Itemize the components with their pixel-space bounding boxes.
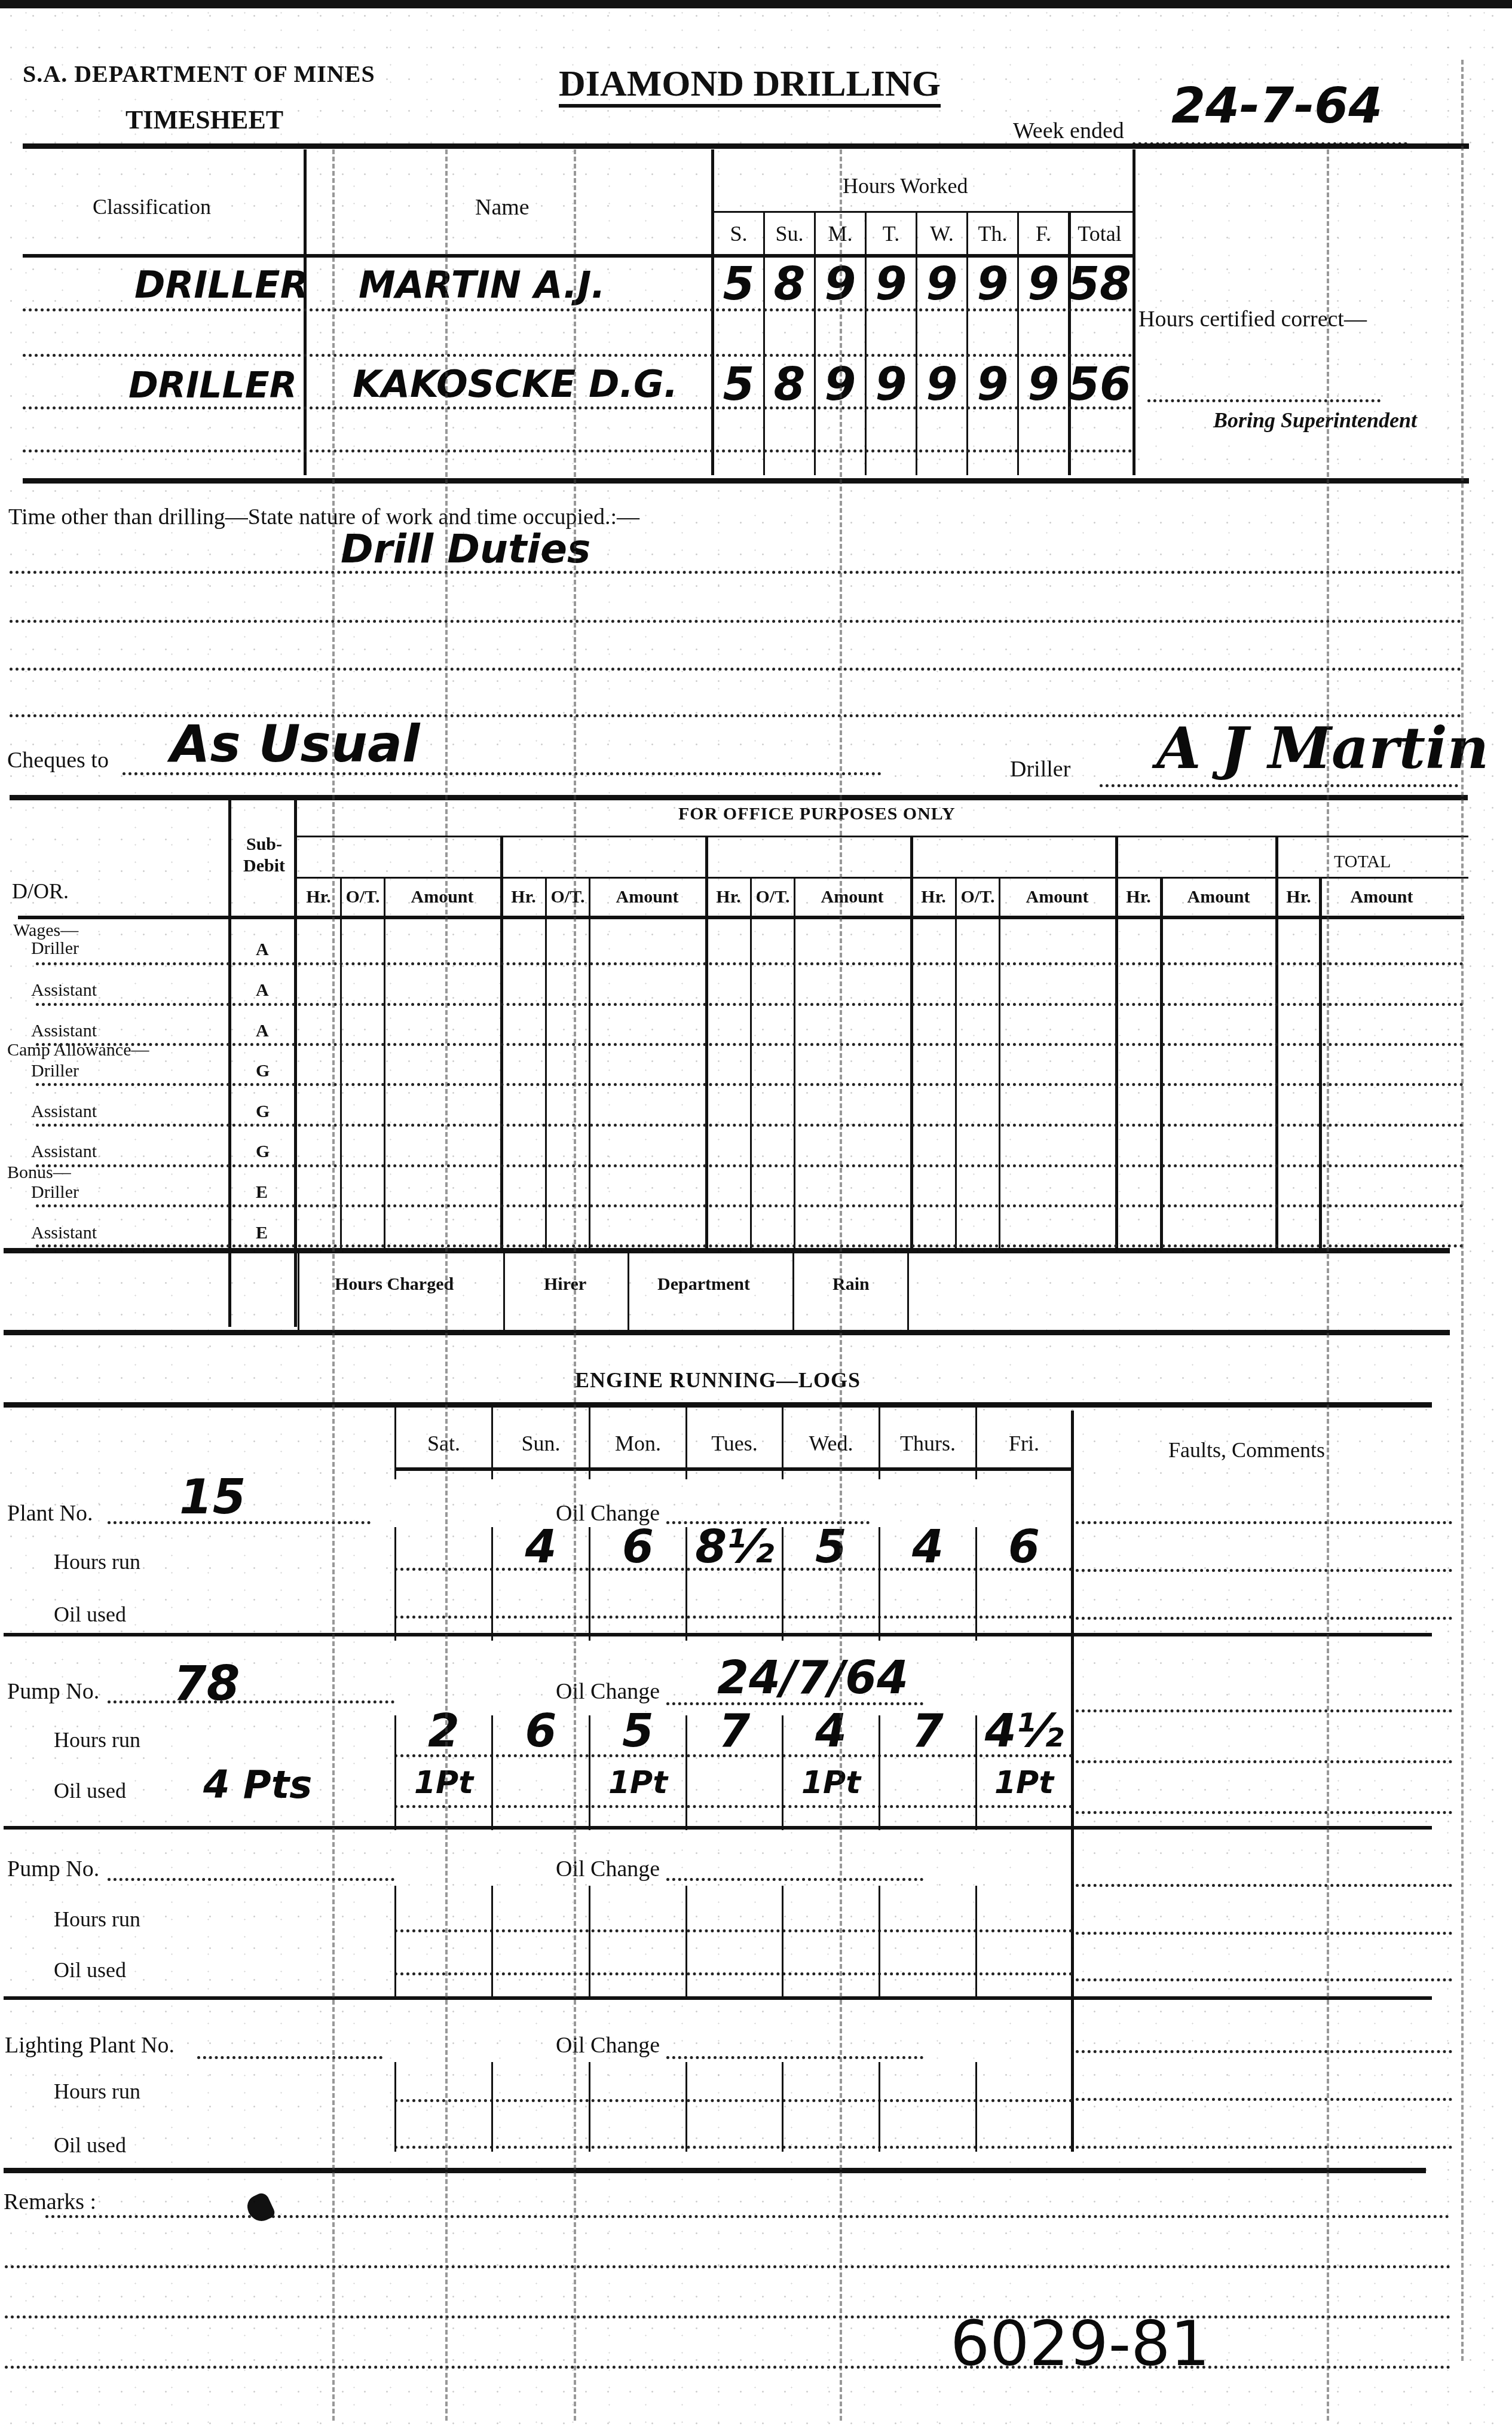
- office-row-line: [36, 1124, 1464, 1127]
- hours-cell[interactable]: 5: [714, 359, 763, 409]
- comment-line: [1076, 1932, 1452, 1935]
- office-row-line: [36, 1204, 1464, 1207]
- hours-run-cell[interactable]: 4½: [977, 1706, 1071, 1754]
- office-header-line: [297, 836, 1468, 837]
- office-col-line: [1160, 879, 1163, 1249]
- reference-number: 6029-81: [950, 2307, 1210, 2380]
- hours-cell[interactable]: 9: [917, 359, 966, 409]
- comment-line: [1076, 1811, 1452, 1814]
- oil-used-line: [394, 2146, 1073, 2149]
- other-time-line: [10, 668, 1462, 671]
- top-border: [0, 0, 1512, 8]
- office-col-ot: O/T.: [547, 880, 589, 914]
- hirer-label: Hirer: [544, 1274, 586, 1295]
- engine-col-line: [879, 2062, 880, 2152]
- day-header-wed: W.: [917, 215, 966, 252]
- section-divider: [23, 478, 1469, 484]
- hours-run-cell[interactable]: 7: [687, 1706, 782, 1754]
- department-label: Department: [657, 1274, 750, 1295]
- engine-day-mon: Mon.: [590, 1425, 685, 1461]
- engine-logs-title: ENGINE RUNNING—LOGS: [575, 1368, 861, 1393]
- engine-col-line: [589, 1886, 590, 1996]
- comment-line: [1076, 2146, 1452, 2149]
- engine-col-line: [975, 2062, 977, 2152]
- office-row-code: A: [256, 940, 269, 960]
- day-header-tue: T.: [867, 215, 916, 252]
- unit-number[interactable]: 78: [173, 1656, 240, 1711]
- engine-col-line: [491, 1886, 493, 1996]
- faults-comments-header: Faults, Comments: [1168, 1437, 1325, 1463]
- oil-used-label: Oil used: [54, 1602, 126, 1627]
- hours-run-line: [394, 1929, 1073, 1932]
- office-row-code: E: [256, 1182, 268, 1203]
- name-cell[interactable]: MARTIN A.J.: [359, 263, 605, 307]
- office-col-line: [1319, 879, 1322, 1249]
- form-title: DIAMOND DRILLING: [559, 63, 941, 105]
- engine-day-wed: Wed.: [783, 1425, 879, 1461]
- oil-used-cell[interactable]: [687, 1760, 782, 1805]
- engine-col-line: [782, 1886, 783, 1996]
- driller-signature-line: [1100, 784, 1458, 787]
- superintendent-signature-line[interactable]: [1147, 399, 1381, 402]
- footer-col-line: [298, 1252, 299, 1330]
- unit-type-label: Pump No.: [7, 1678, 99, 1705]
- office-section-title: FOR OFFICE PURPOSES ONLY: [678, 804, 956, 824]
- office-col-line: [750, 879, 752, 1249]
- office-row-label: Driller: [31, 1061, 79, 1081]
- other-time-line: [10, 571, 1462, 574]
- hours-cell[interactable]: 9: [1019, 258, 1068, 308]
- office-col-ot: O/T.: [752, 880, 794, 914]
- office-col-hr: Hr.: [912, 880, 955, 914]
- engine-col-line: [879, 1886, 880, 1996]
- engine-col-line: [394, 1886, 396, 1996]
- hours-cell[interactable]: 9: [867, 258, 916, 308]
- oil-used-note[interactable]: 4 Pts: [203, 1763, 312, 1807]
- header-divider: [23, 143, 1469, 149]
- office-col-hr: Hr.: [707, 880, 750, 914]
- office-row-label: Driller: [31, 938, 79, 959]
- office-row-code: E: [256, 1223, 268, 1243]
- office-col-line: [794, 879, 795, 1249]
- hours-worked-header: Hours Worked: [843, 173, 968, 198]
- hours-run-cell[interactable]: 5: [590, 1706, 685, 1754]
- engine-day-thu: Thurs.: [880, 1425, 975, 1461]
- office-row-label: Assistant: [31, 1021, 97, 1041]
- engine-col-line: [685, 1886, 687, 1996]
- driller-label: Driller: [1010, 756, 1070, 782]
- oil-used-cell[interactable]: 1Pt: [977, 1760, 1071, 1805]
- oil-used-line: [394, 1805, 1073, 1808]
- office-row-label: Assistant: [31, 1223, 97, 1243]
- hours-run-line: [394, 2099, 1073, 2102]
- classification-cell[interactable]: DRILLER: [134, 263, 308, 307]
- office-col-line: [589, 879, 590, 1249]
- dor-label: D/OR.: [12, 879, 69, 904]
- engine-header-top: [4, 1402, 1432, 1408]
- oil-used-line: [394, 1972, 1073, 1975]
- day-col-line: [865, 212, 867, 475]
- comments-divider: [1071, 1411, 1074, 2152]
- cheques-to-label: Cheques to: [7, 747, 109, 773]
- oil-used-line: [394, 1616, 1073, 1619]
- hours-run-label: Hours run: [54, 1727, 140, 1752]
- office-row-line: [36, 962, 1464, 965]
- oil-change-label: Oil Change: [556, 1856, 660, 1882]
- classification-cell[interactable]: DRILLER: [128, 365, 297, 406]
- office-col-ot: O/T.: [957, 880, 999, 914]
- office-row-code: G: [256, 1142, 270, 1162]
- hours-cell[interactable]: 9: [867, 359, 916, 409]
- comment-line: [1076, 1617, 1452, 1620]
- office-total-amount: Amount: [1322, 880, 1441, 914]
- unit-type-label: Lighting Plant No.: [5, 2032, 175, 2058]
- office-col-hr: Hr.: [1117, 880, 1160, 914]
- remarks-line[interactable]: [5, 2315, 1451, 2318]
- section-divider: [4, 1330, 1450, 1335]
- office-header-bottom: [18, 916, 1464, 919]
- engine-day-tue: Tues.: [687, 1425, 782, 1461]
- ink-blot-mark: [243, 2191, 276, 2226]
- engine-col-line: [975, 1886, 977, 1996]
- bleed-line: [840, 149, 842, 2421]
- oil-used-label: Oil used: [54, 1778, 126, 1803]
- office-row-line: [36, 1003, 1464, 1006]
- hours-run-cell[interactable]: 2: [396, 1706, 491, 1754]
- office-row-code: A: [256, 1021, 269, 1041]
- office-row-code: G: [256, 1061, 270, 1081]
- week-ended-value[interactable]: 24-7-64: [1171, 78, 1382, 134]
- day-col-line: [966, 212, 968, 475]
- hours-run-cell[interactable]: 6: [590, 1524, 685, 1569]
- office-row-code: G: [256, 1102, 270, 1122]
- engine-col-line: [491, 2062, 493, 2152]
- unit-type-label: Pump No.: [7, 1856, 99, 1882]
- unit-divider: [4, 1826, 1432, 1830]
- section-divider: [4, 2168, 1426, 2173]
- footer-col-line: [907, 1252, 909, 1330]
- superintendent-label: Boring Superintendent: [1213, 408, 1417, 433]
- day-header-sat: S.: [714, 215, 763, 252]
- hours-cell[interactable]: 9: [968, 258, 1017, 308]
- hours-run-cell[interactable]: [396, 1524, 491, 1569]
- name-header: Name: [475, 194, 529, 221]
- oil-used-label: Oil used: [54, 2133, 126, 2158]
- oil-used-cell[interactable]: 1Pt: [396, 1760, 491, 1805]
- comment-line: [1076, 1884, 1452, 1887]
- office-row-label: Assistant: [31, 980, 97, 1001]
- remarks-line[interactable]: [5, 2265, 1451, 2268]
- unit-number-line: [108, 1700, 394, 1703]
- oil-change-line: [666, 2056, 923, 2059]
- unit-divider: [4, 1633, 1432, 1636]
- hours-run-cell[interactable]: 7: [880, 1706, 975, 1754]
- hours-run-cell[interactable]: 8½: [687, 1524, 782, 1569]
- engine-col-line: [394, 2062, 396, 2152]
- day-col-line: [1017, 212, 1019, 475]
- engine-day-sat: Sat.: [396, 1425, 491, 1461]
- oil-change-line: [666, 1878, 923, 1881]
- office-col-amount: Amount: [795, 880, 909, 914]
- other-time-line: [10, 620, 1462, 623]
- comment-line: [1076, 1760, 1452, 1763]
- sub-debit-label: Sub-Debit: [234, 834, 294, 877]
- office-row-line: [36, 1244, 1464, 1247]
- office-row-label: Assistant: [31, 1142, 97, 1162]
- comment-line: [1076, 1569, 1452, 1572]
- oil-used-cell[interactable]: 1Pt: [783, 1760, 879, 1805]
- classification-header: Classification: [93, 194, 211, 219]
- row-line: [23, 449, 1133, 452]
- hours-run-label: Hours run: [54, 1549, 140, 1574]
- engine-col-line: [782, 2062, 783, 2152]
- office-col-line: [384, 879, 385, 1249]
- office-col-amount: Amount: [1000, 880, 1114, 914]
- office-total-label: TOTAL: [1334, 852, 1391, 872]
- oil-used-cell[interactable]: 1Pt: [590, 1760, 685, 1805]
- department-name: S.A. DEPARTMENT OF MINES: [23, 60, 375, 88]
- unit-type-label: Plant No.: [7, 1500, 93, 1527]
- unit-divider: [4, 1996, 1432, 2000]
- comment-line: [1076, 1521, 1452, 1524]
- hours-run-label: Hours run: [54, 1907, 140, 1932]
- office-row-line: [36, 1164, 1464, 1167]
- unit-number-line: [108, 1878, 394, 1881]
- engine-day-fri: Fri.: [977, 1425, 1071, 1461]
- bleed-line: [1327, 149, 1329, 2421]
- unit-number[interactable]: 15: [179, 1469, 246, 1525]
- hours-run-cell[interactable]: 4: [880, 1524, 975, 1569]
- day-header-sun: Su.: [765, 215, 814, 252]
- office-col-line: [955, 879, 957, 1249]
- footer-col-line: [628, 1252, 629, 1330]
- remarks-label: Remarks :: [4, 2189, 96, 2215]
- bleed-line: [1461, 60, 1464, 2361]
- office-row-line: [36, 1043, 1464, 1046]
- comment-line: [1076, 2050, 1452, 2053]
- day-header-total: Total: [1070, 215, 1130, 252]
- row-line: [23, 354, 1133, 357]
- total-cell[interactable]: 58: [1070, 258, 1130, 308]
- other-time-value[interactable]: Drill Duties: [341, 526, 590, 572]
- col-divider: [1133, 149, 1135, 475]
- oil-used-cell[interactable]: [880, 1760, 975, 1805]
- hours-charged-label: Hours Charged: [335, 1274, 454, 1295]
- hours-run-cell[interactable]: 5: [783, 1524, 879, 1569]
- office-row-label: Assistant: [31, 1102, 97, 1122]
- oil-change-value[interactable]: 24/7/64: [717, 1651, 908, 1704]
- hours-run-cell[interactable]: 4: [783, 1706, 879, 1754]
- office-row-group: Wages—: [13, 920, 78, 941]
- bleed-line: [574, 149, 576, 2421]
- comment-line: [1076, 2098, 1452, 2101]
- office-col-line: [340, 879, 342, 1249]
- hours-run-cell[interactable]: 6: [977, 1524, 1071, 1569]
- name-cell[interactable]: KAKOSCKE D.G.: [353, 362, 678, 406]
- oil-change-label: Oil Change: [556, 1678, 660, 1705]
- hours-certified-label: Hours certified correct—: [1138, 306, 1367, 332]
- footer-col-line: [503, 1252, 505, 1330]
- hours-cell[interactable]: 9: [917, 258, 966, 308]
- office-col-line: [545, 879, 547, 1249]
- office-col-amount: Amount: [385, 880, 499, 914]
- day-col-line: [916, 212, 917, 475]
- engine-col-line: [685, 2062, 687, 2152]
- comment-line: [1076, 1709, 1452, 1712]
- oil-used-label: Oil used: [54, 1957, 126, 1983]
- row-line: [23, 308, 1133, 311]
- form-subtitle: TIMESHEET: [126, 105, 283, 135]
- bleed-line: [445, 149, 448, 2421]
- office-footer-top: [4, 1248, 1450, 1253]
- office-col-amount: Amount: [1162, 880, 1275, 914]
- hours-cell[interactable]: 8: [765, 359, 814, 409]
- engine-day-header-bottom: [394, 1467, 1073, 1471]
- office-col-amount: Amount: [590, 880, 704, 914]
- col-divider: [304, 149, 307, 475]
- day-header-thu: Th.: [968, 215, 1017, 252]
- unit-number-line: [197, 2056, 382, 2059]
- oil-change-label: Oil Change: [556, 2032, 660, 2058]
- hours-cell[interactable]: 8: [765, 258, 814, 308]
- day-col-line: [1068, 212, 1071, 475]
- hours-cell[interactable]: 9: [968, 359, 1017, 409]
- comment-line: [1076, 1978, 1452, 1981]
- hours-cell[interactable]: 5: [714, 258, 763, 308]
- remarks-line[interactable]: [5, 2366, 1451, 2369]
- office-row-code: A: [256, 980, 269, 1001]
- driller-signature[interactable]: A J Martin: [1156, 714, 1489, 782]
- total-cell[interactable]: 56: [1070, 359, 1130, 409]
- footer-col-line: [792, 1252, 794, 1330]
- office-header-line: [297, 877, 1468, 879]
- hours-run-label: Hours run: [54, 2079, 140, 2104]
- office-col-hr: Hr.: [502, 880, 545, 914]
- day-col-line: [814, 212, 816, 475]
- col-divider: [711, 149, 714, 475]
- cheques-to-value[interactable]: As Usual: [170, 714, 420, 774]
- bleed-line: [332, 149, 335, 2421]
- hours-cell[interactable]: 9: [1019, 359, 1068, 409]
- week-ended-label: Week ended: [1013, 118, 1124, 144]
- office-col-line: [999, 879, 1000, 1249]
- rain-label: Rain: [832, 1274, 870, 1295]
- office-row-label: Driller: [31, 1182, 79, 1203]
- office-col-hr: Hr.: [1278, 880, 1319, 914]
- office-row-line: [36, 1083, 1464, 1086]
- day-col-line: [763, 212, 765, 475]
- office-col-ot: O/T.: [342, 880, 384, 914]
- day-header-fri: F.: [1019, 215, 1068, 252]
- engine-col-line: [589, 2062, 590, 2152]
